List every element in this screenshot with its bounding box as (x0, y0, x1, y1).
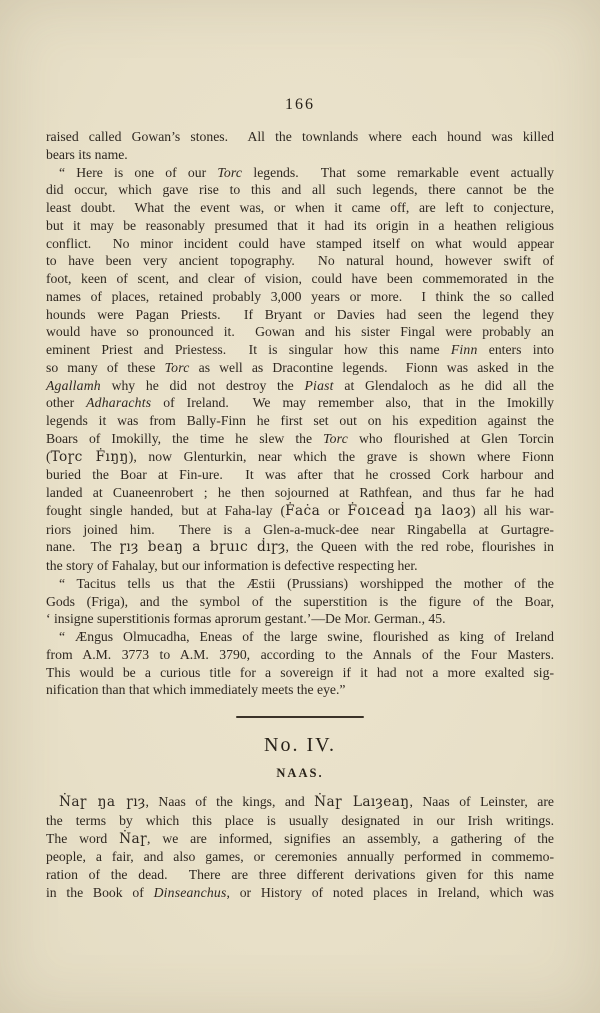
text-line: from A.M. 3773 to A.M. 3790, according t… (46, 646, 554, 664)
text-line: hounds were Pagan Priests. If Bryant or … (46, 306, 554, 324)
section-divider (236, 716, 364, 718)
text-line: so many of these Torc as well as Dracont… (46, 359, 554, 377)
text-line: raised called Gowan’s stones. All the to… (46, 128, 554, 146)
gaelic-text: Ṅaɼ ŋa ɼıȝ (59, 794, 146, 810)
text-line: The word Ṅaɼ, we are informed, signifies… (46, 830, 554, 849)
text-line: other Adharachts of Ireland. We may reme… (46, 394, 554, 412)
text-line: (Toɼc Ḟıŋŋ), now Glenturkin, near which … (46, 448, 554, 467)
text-line: legends it was from Bally-Finn he first … (46, 412, 554, 430)
page-number: 166 (0, 0, 600, 114)
gaelic-text: ɼıȝ beaŋ a bɼuıc ḋıɼȝ (119, 539, 285, 555)
text-line: landed at Cuaneenrobert ; he then sojour… (46, 484, 554, 502)
text-line: in the Book of Dinseanchus, or History o… (46, 884, 554, 902)
text-line: buried the Boar at Fin-ure. It was after… (46, 466, 554, 484)
main-text-block: raised called Gowan’s stones. All the to… (46, 128, 554, 699)
text-line: fought single handed, but at Faha-lay (Ḟ… (46, 502, 554, 521)
gaelic-text: Ṅaɼ Laıȝeaŋ (314, 794, 409, 810)
text-line: to have been very ancient topography. No… (46, 252, 554, 270)
text-line: the story of Fahalay, but our informatio… (46, 557, 554, 575)
text-line: ration of the dead. There are three diff… (46, 866, 554, 884)
gaelic-text: Ṅaɼ (119, 831, 147, 847)
section-heading: No. IV. (0, 734, 600, 757)
section-subheading: NAAS. (0, 766, 600, 781)
text-line: Ṅaɼ ŋa ɼıȝ, Naas of the kings, and Ṅaɼ L… (46, 793, 554, 812)
text-line: names of places, retained probably 3,000… (46, 288, 554, 306)
text-line: people, a fair, and also games, or cerem… (46, 848, 554, 866)
gaelic-text: Toɼc Ḟıŋŋ (51, 449, 129, 465)
text-line: nane. The ɼıȝ beaŋ a bɼuıc ḋıɼȝ, the Que… (46, 538, 554, 557)
text-line: but it may be reasonably presumed that i… (46, 217, 554, 235)
text-line: Agallamh why he did not destroy the Pias… (46, 377, 554, 395)
text-line: riors joined him. There is a Glen-a-muck… (46, 521, 554, 539)
book-page: 166 raised called Gowan’s stones. All th… (0, 0, 600, 1013)
text-line: did occur, which gave rise to this and a… (46, 181, 554, 199)
text-line: This would be a curious title for a sove… (46, 664, 554, 682)
text-line: “ Ængus Olmucadha, Eneas of the large sw… (46, 628, 554, 646)
text-line: nification than that which immediately m… (46, 681, 554, 699)
text-line: conflict. No minor incident could have s… (46, 235, 554, 253)
text-line: Gods (Friga), and the symbol of the supe… (46, 593, 554, 611)
text-line: “ Here is one of our Torc legends. That … (46, 164, 554, 182)
text-line: eminent Priest and Priestess. It is sing… (46, 341, 554, 359)
gaelic-text: Ḟoıceaḋ ŋa laoȝ (348, 503, 472, 519)
text-line: least doubt. What the event was, or when… (46, 199, 554, 217)
naas-text-block: Ṅaɼ ŋa ɼıȝ, Naas of the kings, and Ṅaɼ L… (46, 793, 554, 902)
text-line: bears its name. (46, 146, 554, 164)
text-line: would have so pronounced it. Gowan and h… (46, 323, 554, 341)
text-line: the terms by which this place is usually… (46, 812, 554, 830)
text-line: “ Tacitus tells us that the Æstii (Pruss… (46, 575, 554, 593)
text-line: ‘ insigne superstitionis formas aprorum … (46, 610, 554, 628)
text-line: Boars of Imokilly, the time he slew the … (46, 430, 554, 448)
gaelic-text: Ḟaċa (285, 503, 320, 519)
text-line: foot, keen of scent, and clear of vision… (46, 270, 554, 288)
